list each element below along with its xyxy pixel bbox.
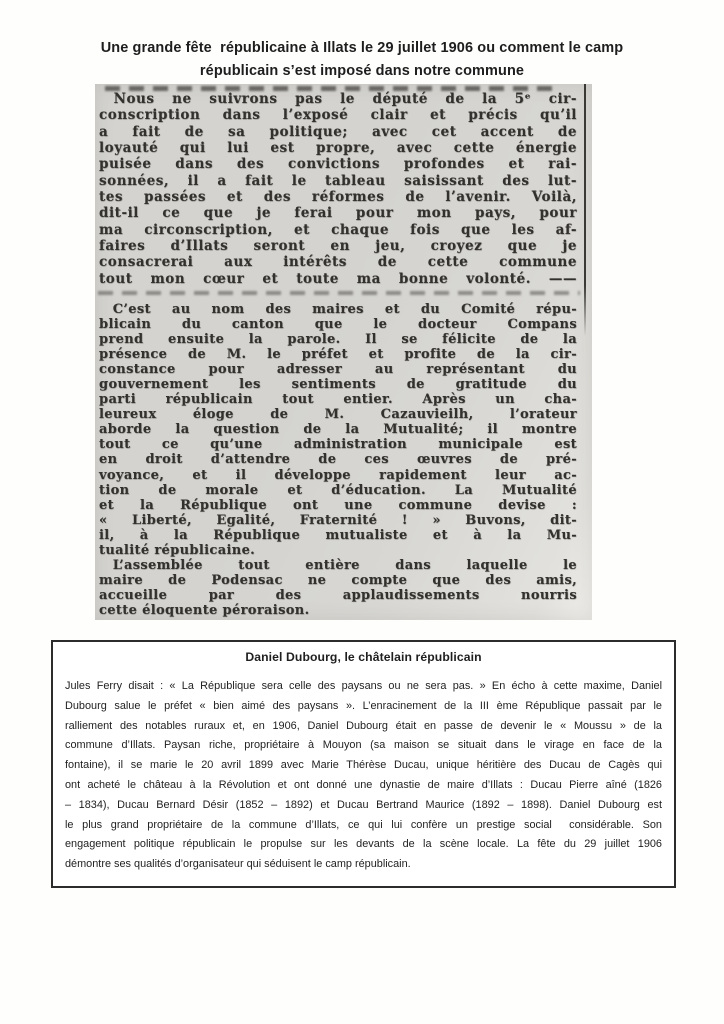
newsprint-line: et la République ont une commune devise … bbox=[99, 498, 577, 513]
newsprint-line: tout mon cœur et toute ma bonne volonté.… bbox=[99, 271, 577, 287]
newsprint-line: faires d’Illats seront en jeu, croyez qu… bbox=[99, 238, 577, 254]
newsprint-line: prend ensuite la parole. Il se félicite … bbox=[99, 332, 577, 347]
newsprint-line: maire de Podensac ne compte que des amis… bbox=[99, 573, 577, 588]
newsprint-line: blicain du canton que le docteur Compans bbox=[99, 317, 577, 332]
newsprint-line: Nous ne suivrons pas le député de la 5ᵉ … bbox=[99, 91, 577, 107]
newsprint-line: L’assemblée tout entière dans laquelle l… bbox=[99, 558, 577, 573]
newsprint-line: parti républicain tout entier. Après un … bbox=[99, 392, 577, 407]
newsprint-paragraph-2: C’est au nom des maires et du Comité rép… bbox=[99, 302, 577, 618]
newsprint-line: puisée dans des convictions profondes et… bbox=[99, 156, 577, 172]
newsprint-line: loyauté qui lui est propre, avec cette é… bbox=[99, 140, 577, 156]
page-title: Une grande fête républicaine à Illats le… bbox=[0, 37, 724, 83]
info-box-line: – 1834), Ducau Bernard Désir (1852 – 189… bbox=[65, 796, 662, 816]
newsprint-line: consacrerai aux intérêts de cette commun… bbox=[99, 254, 577, 270]
info-box-line: Jules Ferry disait : « La République ser… bbox=[65, 677, 662, 697]
info-box-line: démontre ses qualités d’organisateur qui… bbox=[65, 855, 662, 875]
info-box-line: engagement politique républicain le prop… bbox=[65, 835, 662, 855]
newsprint-line: « Liberté, Egalité, Fraternité ! » Buvon… bbox=[99, 513, 577, 528]
newspaper-column-rule bbox=[584, 84, 587, 336]
newsprint-line: tout ce qu’une administration municipale… bbox=[99, 437, 577, 452]
newsprint-line: sonnées, il a fait le tableau saisissant… bbox=[99, 173, 577, 189]
newsprint-line: tes passées et des réformes de l’avenir.… bbox=[99, 189, 577, 205]
info-box-line: ralliement des notables ruraux et, en 19… bbox=[65, 717, 662, 737]
page-title-line-2: républicain s’est imposé dans notre comm… bbox=[0, 60, 724, 83]
newsprint-line: gouvernement les sentiments de gratitude… bbox=[99, 377, 577, 392]
newsprint-line: tualité républicaine. bbox=[99, 543, 577, 558]
info-box-line: fontaine), il se marie le 20 avril 1899 … bbox=[65, 756, 662, 776]
newsprint-line: conscription dans l’exposé clair et préc… bbox=[99, 107, 577, 123]
newsprint-paragraph-1: Nous ne suivrons pas le député de la 5ᵉ … bbox=[99, 91, 577, 287]
info-box-line: Dubourg salue le préfet « bien aimé des … bbox=[65, 697, 662, 717]
newsprint-line: présence de M. le préfet et profite de l… bbox=[99, 347, 577, 362]
page-title-line-1: Une grande fête républicaine à Illats le… bbox=[0, 37, 724, 60]
newsprint-line: tion de morale et d’éducation. La Mutual… bbox=[99, 483, 577, 498]
newsprint-line: accueille par des applaudissements nourr… bbox=[99, 588, 577, 603]
document-page: Une grande fête républicaine à Illats le… bbox=[0, 0, 724, 1024]
newsprint-line: il, à la République mutualiste et à la M… bbox=[99, 528, 577, 543]
info-box-body: Jules Ferry disait : « La République ser… bbox=[65, 677, 662, 875]
newsprint-line: a fait de sa politique; avec cet accent … bbox=[99, 124, 577, 140]
newsprint-line: leureux éloge de M. Cazauvieilh, l’orate… bbox=[99, 407, 577, 422]
newsprint-line: ma circonscription, et chaque fois que l… bbox=[99, 222, 577, 238]
info-box-title: Daniel Dubourg, le châtelain républicain bbox=[65, 649, 662, 666]
newsprint-line: voyance, et il développe rapidement leur… bbox=[99, 468, 577, 483]
newsprint-line: dit-il ce que je ferai pour mon pays, po… bbox=[99, 205, 577, 221]
newsprint-line: aborde la question de la Mutualité; il m… bbox=[99, 422, 577, 437]
newspaper-clipping-scan: Nous ne suivrons pas le député de la 5ᵉ … bbox=[95, 84, 592, 620]
info-box-line: le plus grand propriétaire de la commune… bbox=[65, 816, 662, 836]
info-box-line: ont acheté le château à la Révolution et… bbox=[65, 776, 662, 796]
newsprint-line: cette éloquente péroraison. bbox=[99, 603, 577, 618]
newsprint-line: C’est au nom des maires et du Comité rép… bbox=[99, 302, 577, 317]
newsprint-line: constance pour adresser au représentant … bbox=[99, 362, 577, 377]
scan-smudge-artifact-middle bbox=[98, 291, 580, 295]
info-box-line: commune d’Illats. Paysan riche, propriét… bbox=[65, 736, 662, 756]
info-box: Daniel Dubourg, le châtelain républicain… bbox=[51, 640, 676, 888]
newsprint-line: en droit d’attendre de ces œuvres de pré… bbox=[99, 452, 577, 467]
